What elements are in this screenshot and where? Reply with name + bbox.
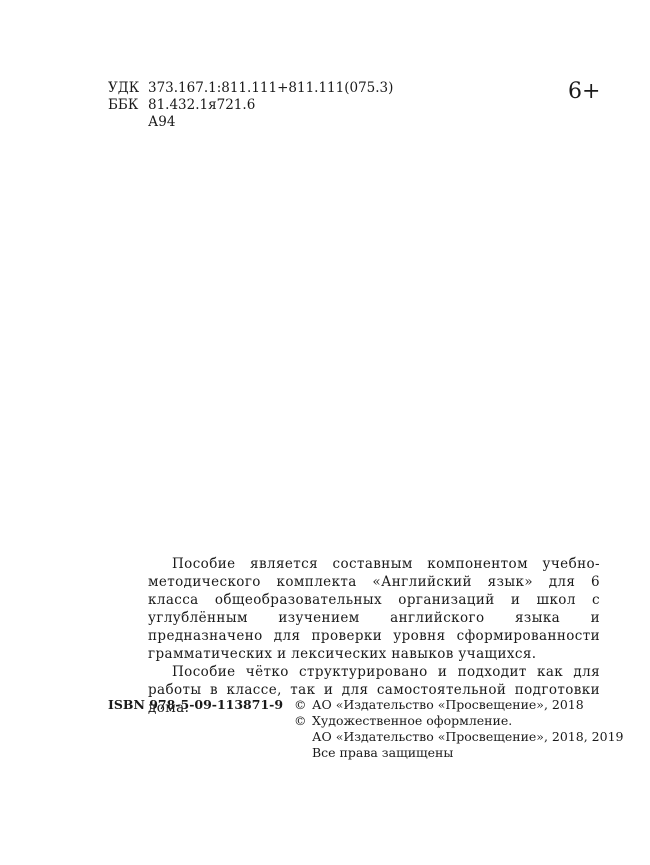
author-mark-row: А94 (108, 114, 393, 131)
copyright-line: Все права защищены (312, 745, 453, 761)
bbk-value: 81.432.1я721.6 (148, 97, 255, 114)
copyright-line: АО «Издательство «Просвещение», 2018 (312, 697, 584, 713)
udk-row: УДК 373.167.1:811.111+811.111(075.3) (108, 80, 393, 97)
annotation: Пособие является составным компонентом у… (148, 555, 600, 717)
copyright-icon: © (294, 697, 312, 713)
author-mark: А94 (148, 114, 175, 131)
bbk-row: ББК 81.432.1я721.6 (108, 97, 393, 114)
classification-block: УДК 373.167.1:811.111+811.111(075.3) ББК… (108, 80, 393, 131)
age-rating: 6+ (568, 80, 600, 104)
udk-value: 373.167.1:811.111+811.111(075.3) (148, 80, 393, 97)
copyright-line: Художественное оформление. (312, 713, 512, 729)
copyright-block: ©АО «Издательство «Просвещение», 2018 ©Х… (294, 697, 623, 761)
copyright-line: АО «Издательство «Просвещение», 2018, 20… (312, 729, 623, 745)
bbk-label: ББК (108, 97, 148, 114)
isbn: ISBN 978-5-09-113871-9 (108, 697, 283, 712)
annotation-paragraph: Пособие является составным компонентом у… (148, 555, 600, 663)
udk-label: УДК (108, 80, 148, 97)
copyright-icon: © (294, 713, 312, 729)
